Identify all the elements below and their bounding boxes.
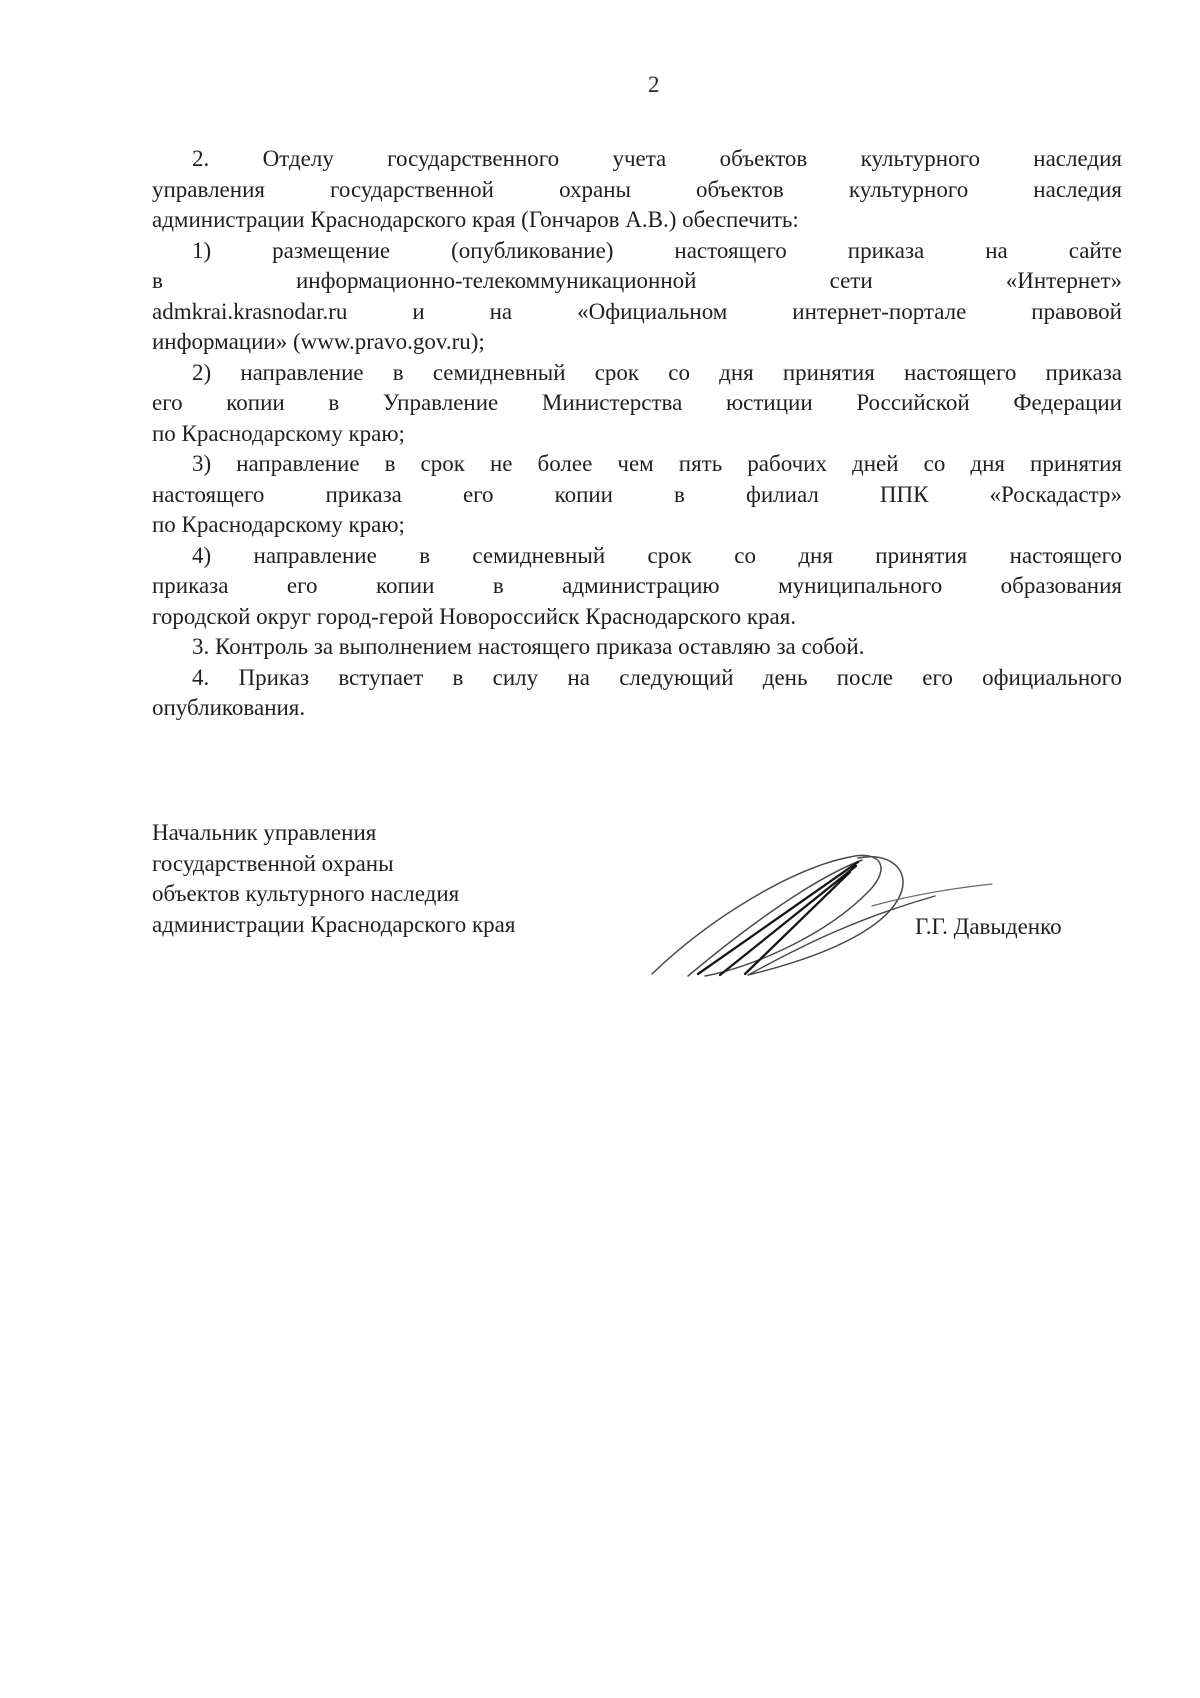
paragraph-subitem-2: 2) направление в семидневный срок со дня… xyxy=(152,358,1122,450)
text-line: опубликования. xyxy=(152,693,1122,724)
paragraph-order-point-3: 3. Контроль за выполнением настоящего пр… xyxy=(152,632,1122,663)
text-line: настоящего приказа его копии в филиал ПП… xyxy=(152,480,1122,511)
page-number: 2 xyxy=(648,72,660,98)
paragraph-order-point-4: 4. Приказ вступает в силу на следующий д… xyxy=(152,663,1122,724)
paragraph-subitem-3: 3) направление в срок не более чем пять … xyxy=(152,449,1122,541)
signatory-position-line: Начальник управления xyxy=(152,818,612,849)
text-line: 3) направление в срок не более чем пять … xyxy=(152,449,1122,480)
text-line: городской округ город-герой Новороссийск… xyxy=(152,602,1122,633)
text-line: 2) направление в семидневный срок со дня… xyxy=(152,358,1122,389)
text-line: по Краснодарскому краю; xyxy=(152,510,1122,541)
text-line: 1) размещение (опубликование) настоящего… xyxy=(152,236,1122,267)
text-line: 3. Контроль за выполнением настоящего пр… xyxy=(152,632,1122,663)
signee-name: Г.Г. Давыденко xyxy=(915,914,1062,940)
paragraph-order-point-2: 2. Отделу государственного учета объекто… xyxy=(152,144,1122,236)
document-page: 2 2. Отделу государственного учета объек… xyxy=(0,0,1200,1698)
text-line: управления государственной охраны объект… xyxy=(152,175,1122,206)
text-line: информации» (www.pravo.gov.ru); xyxy=(152,327,1122,358)
paragraph-subitem-4: 4) направление в семидневный срок со дня… xyxy=(152,541,1122,633)
text-line: его копии в Управление Министерства юсти… xyxy=(152,388,1122,419)
text-line: 2. Отделу государственного учета объекто… xyxy=(152,144,1122,175)
signatory-position-line: администрации Краснодарского края xyxy=(152,910,612,941)
text-line: 4) направление в семидневный срок со дня… xyxy=(152,541,1122,572)
text-line: приказа его копии в администрацию муници… xyxy=(152,571,1122,602)
text-line: в информационно-телекоммуникационной сет… xyxy=(152,266,1122,297)
signatory-position: Начальник управления государственной охр… xyxy=(152,818,612,940)
text-line: по Краснодарскому краю; xyxy=(152,419,1122,450)
paragraph-subitem-1: 1) размещение (опубликование) настоящего… xyxy=(152,236,1122,358)
signatory-position-line: объектов культурного наследия xyxy=(152,879,612,910)
text-line: 4. Приказ вступает в силу на следующий д… xyxy=(152,663,1122,694)
text-line: администрации Краснодарского края (Гонча… xyxy=(152,205,1122,236)
document-body: 2. Отделу государственного учета объекто… xyxy=(152,144,1122,724)
text-line: admkrai.krasnodar.ru и на «Официальном и… xyxy=(152,297,1122,328)
signatory-position-line: государственной охраны xyxy=(152,849,612,880)
